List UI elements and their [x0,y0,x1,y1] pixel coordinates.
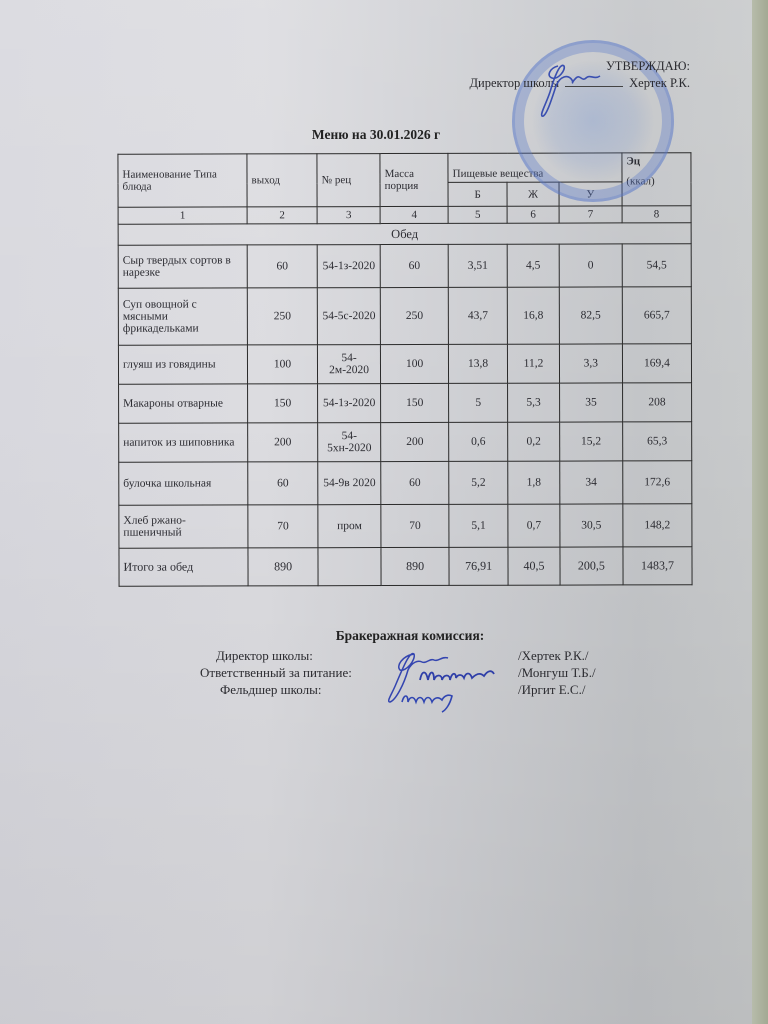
cell-fat: 11,2 [508,344,560,383]
cell-recipe: 54-1з-2020 [317,245,380,288]
total-carbs: 200,5 [560,547,623,585]
cell-fat: 0,2 [508,422,560,461]
column-number: 6 [507,206,559,223]
cell-recipe: 54-5хн-2020 [318,423,381,462]
total-energy: 1483,7 [623,547,692,585]
cell-output: 150 [248,384,318,423]
section-row: Обед [118,223,691,246]
cell-carbs: 15,2 [560,422,623,461]
cell-energy: 65,3 [623,422,692,461]
member-role: Ответственный за питание: [200,665,352,681]
member-name: /Монгуш Т.Б./ [518,665,596,681]
column-number: 3 [317,207,380,224]
table-row: напиток из шиповника20054-5хн-20202000,6… [119,422,692,462]
cell-protein: 5 [449,383,508,422]
cell-output: 60 [248,462,318,505]
cell-output: 200 [248,423,318,462]
cell-fat: 5,3 [508,383,560,422]
cell-energy: 54,5 [622,244,691,287]
cell-protein: 43,7 [448,287,507,344]
cell-protein: 5,2 [449,461,508,504]
cell-carbs: 30,5 [560,504,623,547]
cell-carbs: 82,5 [559,287,622,344]
cell-mass: 250 [380,287,448,344]
column-number: 1 [118,207,247,224]
cell-recipe: 54-5с-2020 [317,288,380,345]
cell-energy: 172,6 [623,461,692,504]
member-name: /Хертек Р.К./ [518,648,589,664]
cell-protein: 5,1 [449,504,508,547]
cell-recipe: 54-9в 2020 [318,462,381,505]
cell-name: Макароны отварные [119,384,248,423]
cell-output: 250 [247,288,317,345]
total-row: Итого за обед 890 890 76,91 40,5 200,5 1… [119,547,692,587]
cell-carbs: 0 [559,244,622,287]
section-title: Обед [118,223,691,246]
header-recipe-text: № рец [322,174,352,186]
table-row: Суп овощной с мясными фрикадельками25054… [118,287,691,345]
table-row: Сыр твердых сортов в нарезке6054-1з-2020… [118,244,691,288]
member-name: /Иргит Е.С./ [518,682,585,698]
column-number: 5 [448,206,507,223]
commission-signatures-icon [372,640,522,720]
total-label: Итого за обед [119,548,248,586]
header-mass: Масса порция [380,153,448,206]
total-output: 890 [248,548,318,586]
total-protein: 76,91 [449,547,508,585]
approval-name: Хертек Р.К. [629,75,690,91]
cell-recipe: 54-2м-2020 [318,345,381,384]
table-row: Хлеб ржано-пшеничный70пром705,10,730,514… [119,504,692,548]
cell-carbs: 35 [559,383,622,422]
cell-mass: 200 [381,422,449,461]
header-name: Наименование Типа блюда [118,154,247,207]
cell-mass: 60 [381,461,449,504]
cell-protein: 13,8 [449,344,508,383]
table-row: Макароны отварные15054-1з-202015055,3352… [119,383,692,423]
cell-carbs: 3,3 [559,344,622,383]
cell-fat: 4,5 [507,244,559,287]
header-protein: Б [448,182,507,206]
table-row: глуяш из говядины10054-2м-202010013,811,… [118,344,691,384]
cell-name: булочка школьная [119,462,248,505]
cell-output: 70 [248,505,318,548]
header-recipe: № рец [317,154,380,207]
column-number: 7 [559,206,622,223]
cell-mass: 70 [381,504,449,547]
cell-carbs: 34 [560,461,623,504]
cell-output: 100 [247,345,317,384]
column-number: 2 [247,207,317,224]
header-output: выход [247,154,317,207]
cell-name: Сыр твердых сортов в нарезке [118,245,247,288]
cell-mass: 60 [380,244,448,287]
table-row: булочка школьная6054-9в 2020605,21,83417… [119,461,692,505]
cell-protein: 3,51 [448,244,507,287]
cell-name: глуяш из говядины [118,345,247,384]
cell-fat: 16,8 [507,287,559,344]
cell-name: Хлеб ржано-пшеничный [119,505,248,548]
cell-mass: 100 [381,344,449,383]
director-signature-icon [528,58,608,120]
total-recipe [318,548,381,586]
cell-recipe: 54-1з-2020 [318,384,381,423]
cell-fat: 1,8 [508,461,560,504]
cell-fat: 0,7 [508,504,560,547]
cell-output: 60 [247,245,317,288]
cell-energy: 208 [622,383,691,422]
background-surface [752,0,768,1024]
cell-energy: 665,7 [622,287,691,344]
cell-name: напиток из шиповника [119,423,248,462]
member-role: Директор школы: [216,648,313,664]
column-number-row: 1 2 3 4 5 6 7 8 [118,206,691,225]
column-number: 4 [380,206,448,223]
cell-energy: 148,2 [623,504,692,547]
cell-protein: 0,6 [449,422,508,461]
cell-mass: 150 [381,383,449,422]
cell-energy: 169,4 [622,344,691,383]
total-mass: 890 [381,547,449,585]
menu-table: Наименование Типа блюда выход № рец Масс… [117,152,692,587]
cell-name: Суп овощной с мясными фрикадельками [118,288,247,345]
menu-rows: Сыр твердых сортов в нарезке6054-1з-2020… [118,244,692,548]
column-number: 8 [622,206,691,223]
total-fat: 40,5 [508,547,560,585]
member-role: Фельдшер школы: [220,682,321,698]
cell-recipe: пром [318,505,381,548]
